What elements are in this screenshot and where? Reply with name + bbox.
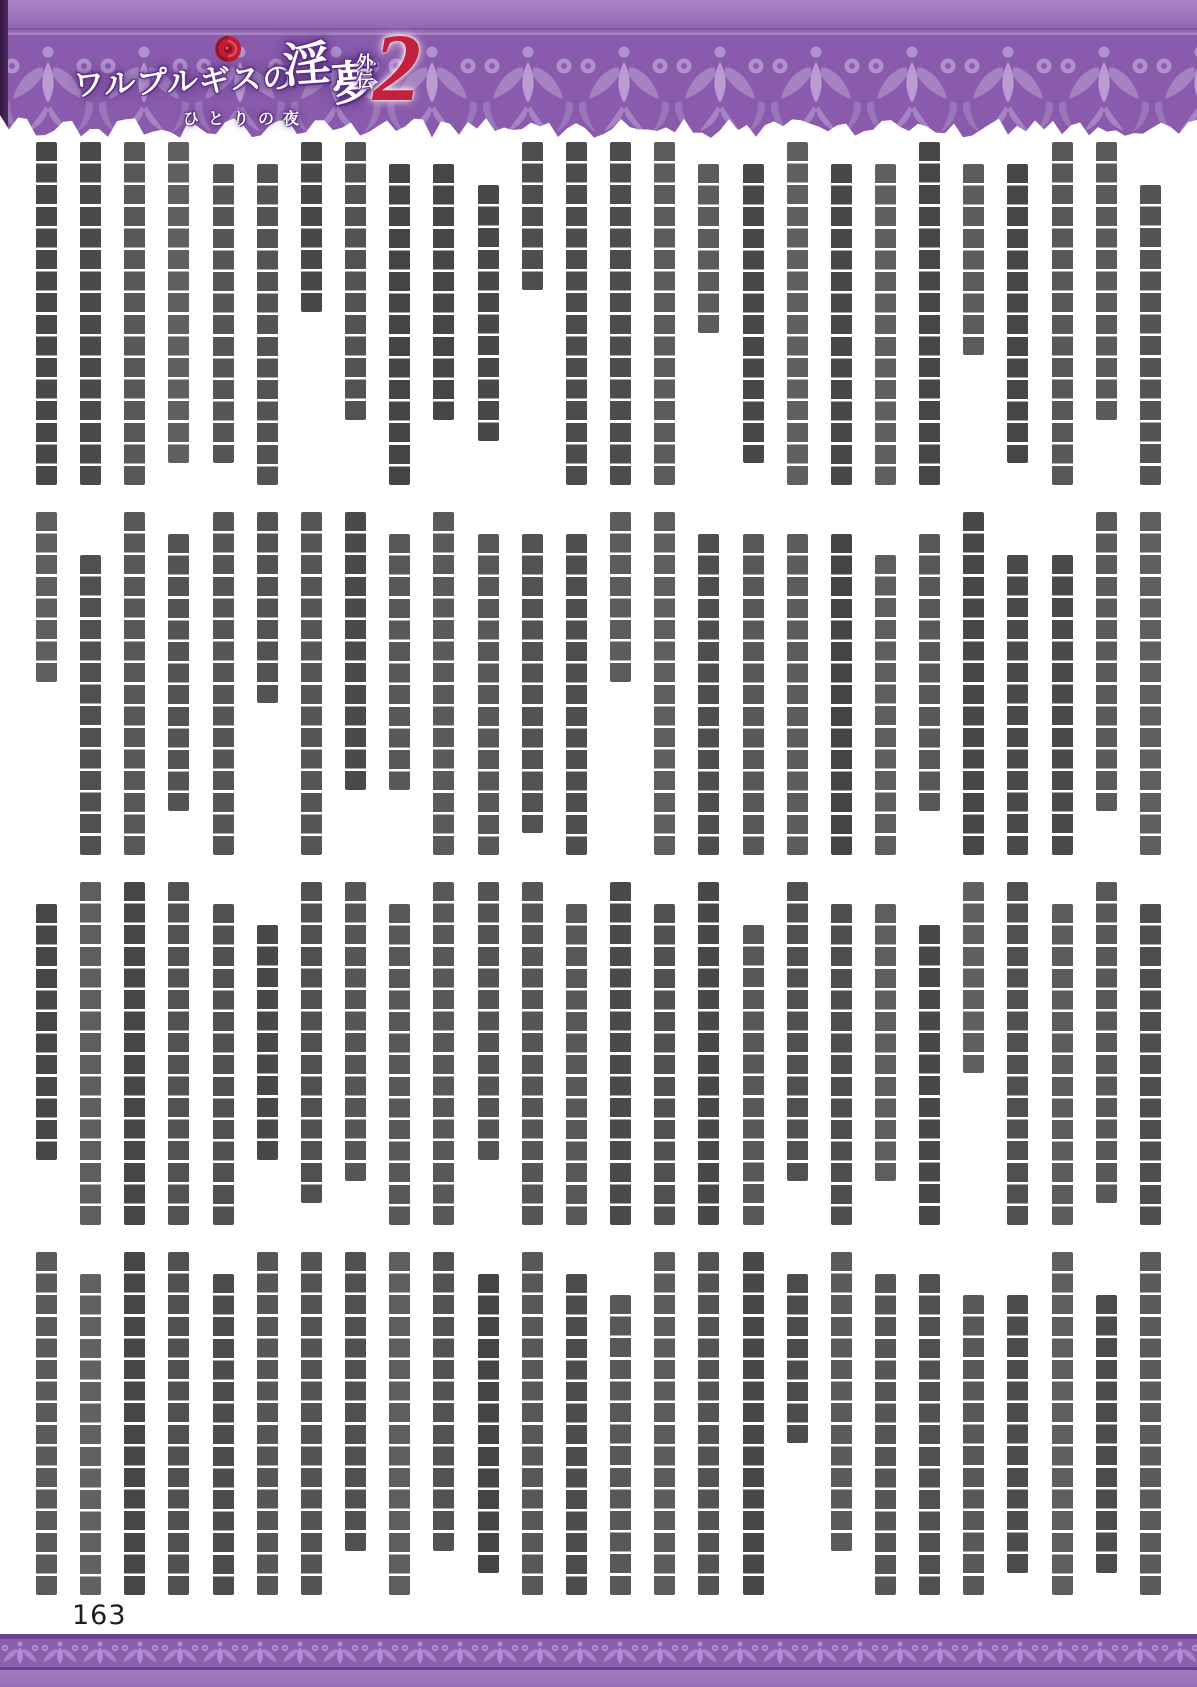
text-column-redacted	[213, 904, 234, 1225]
text-column-redacted	[963, 164, 984, 355]
text-column-redacted	[1007, 1295, 1028, 1573]
text-column-redacted	[168, 142, 189, 463]
text-column-redacted	[1140, 1252, 1161, 1595]
text-column-redacted	[831, 904, 852, 1225]
text-band-3	[36, 882, 1161, 1228]
text-column-redacted	[433, 164, 454, 420]
text-column-redacted	[831, 164, 852, 485]
text-column-redacted	[124, 512, 145, 855]
text-column-redacted	[1007, 164, 1028, 463]
text-column-redacted	[478, 1274, 499, 1573]
edition-label: 外伝	[355, 54, 375, 92]
text-column-redacted	[80, 142, 101, 485]
text-column-redacted	[301, 142, 322, 312]
text-column-redacted	[743, 1252, 764, 1595]
text-column-redacted	[743, 534, 764, 855]
text-column-redacted	[654, 1252, 675, 1595]
text-column-redacted	[1140, 512, 1161, 855]
text-column-redacted	[478, 185, 499, 441]
text-column-redacted	[389, 164, 410, 485]
series-title-part1: ワルプルギスの	[72, 52, 295, 105]
text-column-redacted	[654, 904, 675, 1225]
text-column-redacted	[654, 512, 675, 855]
text-column-redacted	[963, 1295, 984, 1594]
text-column-redacted	[478, 534, 499, 855]
text-column-redacted	[389, 534, 410, 790]
text-column-redacted	[433, 1252, 454, 1551]
text-column-redacted	[257, 164, 278, 485]
text-column-redacted	[875, 904, 896, 1182]
text-column-redacted	[522, 142, 543, 290]
text-column-redacted	[433, 512, 454, 855]
text-column-redacted	[80, 882, 101, 1225]
header-decorative-band: ワルプルギスの 淫夢 外伝 2 ひとりの夜	[0, 0, 1197, 142]
text-column-redacted	[875, 1274, 896, 1595]
text-column-redacted	[610, 1295, 631, 1594]
text-column-redacted	[1140, 185, 1161, 484]
text-column-redacted	[566, 142, 587, 485]
text-column-redacted	[522, 882, 543, 1225]
text-column-redacted	[919, 1274, 940, 1595]
text-column-redacted	[1096, 882, 1117, 1203]
text-column-redacted	[213, 1274, 234, 1595]
footer-decorative-band	[0, 1634, 1197, 1687]
text-column-redacted	[1052, 904, 1073, 1225]
text-column-redacted	[831, 534, 852, 855]
text-band-2	[36, 512, 1161, 858]
text-column-redacted	[743, 925, 764, 1224]
text-column-redacted	[743, 164, 764, 463]
page-number: 163	[72, 1600, 127, 1631]
text-column-redacted	[1096, 1295, 1117, 1573]
text-band-1	[36, 142, 1161, 488]
footer-frieze-pattern	[0, 1639, 1197, 1667]
text-column-redacted	[963, 512, 984, 855]
text-column-redacted	[522, 534, 543, 833]
text-column-redacted	[168, 534, 189, 812]
text-column-redacted	[389, 1252, 410, 1595]
text-column-redacted	[80, 555, 101, 854]
text-column-redacted	[301, 1252, 322, 1595]
text-column-redacted	[36, 904, 57, 1160]
text-column-redacted	[787, 882, 808, 1181]
text-column-redacted	[389, 904, 410, 1225]
text-column-redacted	[124, 142, 145, 485]
text-column-redacted	[654, 142, 675, 485]
text-column-redacted	[1052, 1252, 1073, 1595]
text-column-redacted	[124, 1252, 145, 1595]
text-column-redacted	[522, 1252, 543, 1595]
text-column-redacted	[36, 1252, 57, 1595]
text-column-redacted	[345, 1252, 366, 1551]
text-column-redacted	[566, 534, 587, 855]
text-column-redacted	[257, 1252, 278, 1595]
text-column-redacted	[36, 512, 57, 682]
text-column-redacted	[610, 142, 631, 485]
text-column-redacted	[919, 925, 940, 1224]
text-column-redacted	[345, 512, 366, 790]
text-column-redacted	[168, 882, 189, 1225]
text-column-redacted	[124, 882, 145, 1225]
text-column-redacted	[919, 142, 940, 485]
series-logo: ワルプルギスの 淫夢 外伝 2 ひとりの夜	[55, 18, 455, 128]
text-column-redacted	[345, 882, 366, 1181]
text-column-redacted	[698, 882, 719, 1225]
text-column-redacted	[919, 534, 940, 812]
text-column-redacted	[433, 882, 454, 1225]
text-column-redacted	[831, 1252, 852, 1551]
text-column-redacted	[1052, 555, 1073, 854]
text-column-redacted	[1007, 882, 1028, 1225]
text-column-redacted	[1140, 904, 1161, 1225]
text-column-redacted	[610, 882, 631, 1225]
text-column-redacted	[875, 164, 896, 485]
book-page: ワルプルギスの 淫夢 外伝 2 ひとりの夜 163	[0, 0, 1197, 1687]
text-column-redacted	[1096, 142, 1117, 420]
text-column-redacted	[787, 1274, 808, 1444]
text-column-redacted	[698, 164, 719, 334]
text-column-redacted	[698, 534, 719, 855]
text-column-redacted	[698, 1252, 719, 1595]
text-band-4	[36, 1252, 1161, 1598]
text-column-redacted	[257, 925, 278, 1160]
text-column-redacted	[963, 882, 984, 1073]
text-column-redacted	[566, 1274, 587, 1595]
text-column-redacted	[875, 555, 896, 854]
text-column-redacted	[36, 142, 57, 485]
text-column-redacted	[1007, 555, 1028, 854]
text-column-redacted	[478, 882, 499, 1160]
text-column-redacted	[1096, 512, 1117, 811]
text-column-redacted	[787, 142, 808, 485]
text-column-redacted	[257, 512, 278, 703]
text-column-redacted	[610, 512, 631, 682]
text-column-redacted	[80, 1274, 101, 1595]
text-column-redacted	[168, 1252, 189, 1595]
text-column-redacted	[787, 534, 808, 855]
text-column-redacted	[301, 512, 322, 855]
series-subtitle: ひとりの夜	[183, 106, 308, 129]
text-column-redacted	[345, 142, 366, 420]
volume-number: 2	[373, 20, 421, 116]
text-column-redacted	[301, 882, 322, 1203]
footer-bottom-strip	[0, 1670, 1197, 1687]
text-column-redacted	[566, 904, 587, 1225]
text-column-redacted	[213, 164, 234, 463]
text-column-redacted	[1052, 142, 1073, 485]
text-column-redacted	[213, 512, 234, 855]
